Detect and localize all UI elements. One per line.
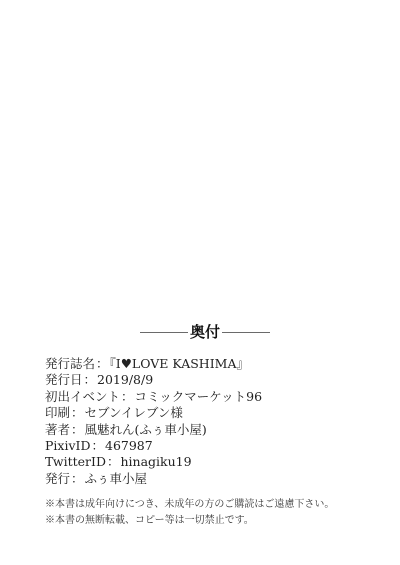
notice-no-reproduction: ※本書の無断転載、コピー等は一切禁止です。 — [45, 513, 334, 529]
info-separator: ： — [90, 438, 105, 453]
notice-list: ※本書は成年向けにつき、未成年の方のご購読はご遠慮下さい。 ※本書の無断転載、コ… — [45, 497, 334, 528]
info-first-event: 初出イベント：コミックマーケット96 — [45, 389, 262, 405]
info-label: 初出イベント — [45, 389, 120, 404]
info-separator: ： — [120, 389, 135, 404]
publication-info-list: 発行誌名：『I♥LOVE KASHIMA』 発行日：2019/8/9 初出イベン… — [45, 356, 262, 487]
info-label: 印刷 — [45, 405, 70, 420]
info-label: 発行 — [45, 471, 70, 486]
info-author: 著者：風魅れん(ふぅ車小屋) — [45, 422, 262, 438]
info-pixiv-id: PixivID：467987 — [45, 438, 262, 454]
info-separator: ： — [70, 405, 85, 420]
info-separator: ： — [70, 471, 85, 486]
info-separator: ： — [95, 356, 110, 371]
heading-title: 奥付 — [188, 322, 222, 342]
info-value: セブンイレブン様 — [85, 405, 183, 420]
info-value: 2019/8/9 — [97, 372, 153, 387]
info-publication-title: 発行誌名：『I♥LOVE KASHIMA』 — [45, 356, 262, 372]
colophon-heading: 奥付 — [140, 322, 270, 342]
info-label: 発行誌名 — [45, 356, 95, 371]
heading-rule-right — [222, 332, 270, 333]
notice-adult-content: ※本書は成年向けにつき、未成年の方のご購読はご遠慮下さい。 — [45, 497, 334, 513]
info-printer: 印刷：セブンイレブン様 — [45, 405, 262, 421]
info-value: 467987 — [105, 438, 153, 453]
heading-rule-left — [140, 332, 188, 333]
info-twitter-id: TwitterID：hinagiku19 — [45, 454, 262, 470]
colophon-page: 奥付 発行誌名：『I♥LOVE KASHIMA』 発行日：2019/8/9 初出… — [0, 0, 400, 565]
info-separator: ： — [70, 422, 85, 437]
info-publication-date: 発行日：2019/8/9 — [45, 372, 262, 388]
info-label: 発行日 — [45, 372, 83, 387]
info-publisher: 発行：ふぅ車小屋 — [45, 471, 262, 487]
info-value: 風魅れん(ふぅ車小屋) — [85, 422, 207, 437]
info-value: 『I♥LOVE KASHIMA』 — [110, 356, 249, 371]
info-label: TwitterID — [45, 454, 106, 469]
info-value: ふぅ車小屋 — [85, 471, 148, 486]
info-label: PixivID — [45, 438, 90, 453]
info-value: hinagiku19 — [120, 454, 191, 469]
info-label: 著者 — [45, 422, 70, 437]
info-separator: ： — [83, 372, 98, 387]
info-value: コミックマーケット96 — [135, 389, 263, 404]
info-separator: ： — [106, 454, 121, 469]
